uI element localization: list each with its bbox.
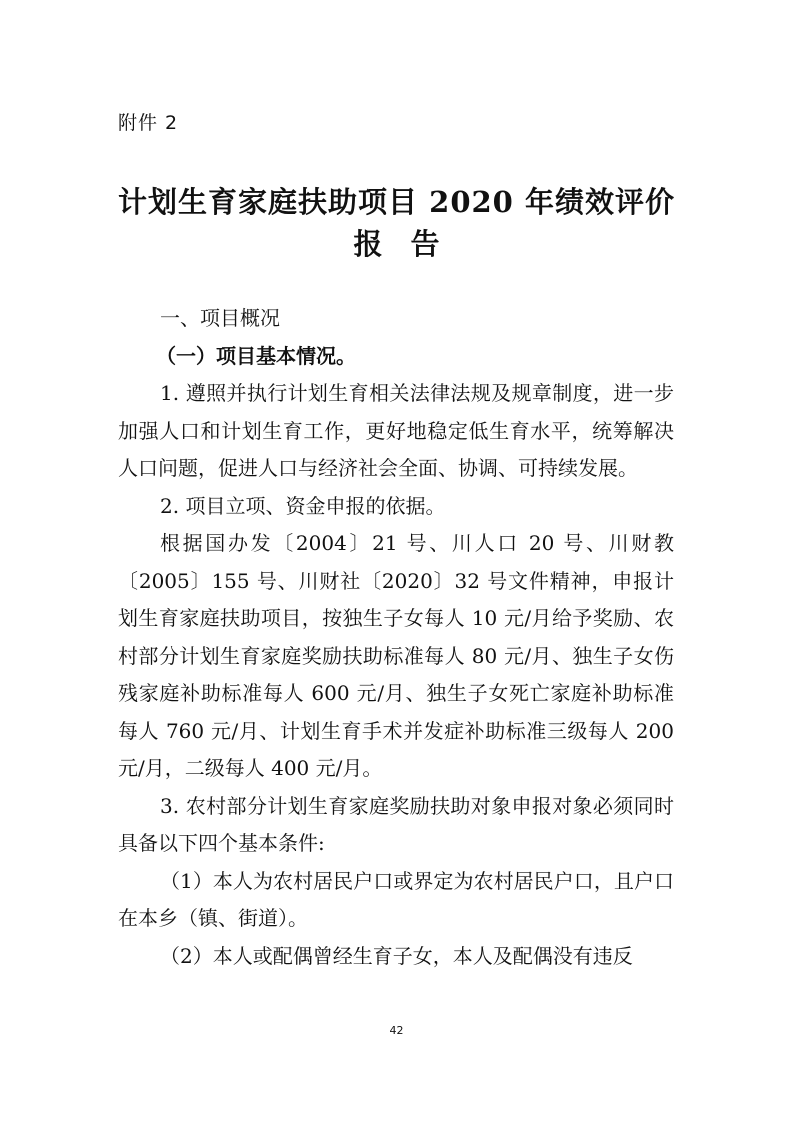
paragraph-2: 2. 项目立项、资金申报的依据。 — [118, 488, 674, 526]
document-page: 附件 2 计划生育家庭扶助项目 2020 年绩效评价 报告 一、项目概况 （一）… — [0, 0, 793, 1122]
document-body: 一、项目概况 （一）项目基本情况。 1. 遵照并执行计划生育相关法律法规及规章制… — [118, 300, 674, 975]
paragraph-4: 3. 农村部分计划生育家庭奖励扶助对象申报对象必须同时具备以下四个基本条件: — [118, 788, 674, 863]
page-number: 42 — [0, 1024, 793, 1037]
subsection-heading: （一）项目基本情况。 — [118, 338, 674, 376]
paragraph-3: 根据国办发〔2004〕21 号、川人口 20 号、川财教〔2005〕155 号、… — [118, 525, 674, 788]
paragraph-6: （2）本人或配偶曾经生育子女，本人及配偶没有违反 — [118, 938, 674, 976]
document-title-line2: 报告 — [0, 222, 793, 263]
attachment-label: 附件 2 — [118, 108, 178, 135]
section-heading: 一、项目概况 — [118, 300, 674, 338]
paragraph-5: （1）本人为农村居民户口或界定为农村居民户口，且户口在本乡（镇、街道）。 — [118, 863, 674, 938]
document-title-line1: 计划生育家庭扶助项目 2020 年绩效评价 — [0, 180, 793, 221]
paragraph-1: 1. 遵照并执行计划生育相关法律法规及规章制度，进一步加强人口和计划生育工作，更… — [118, 375, 674, 488]
